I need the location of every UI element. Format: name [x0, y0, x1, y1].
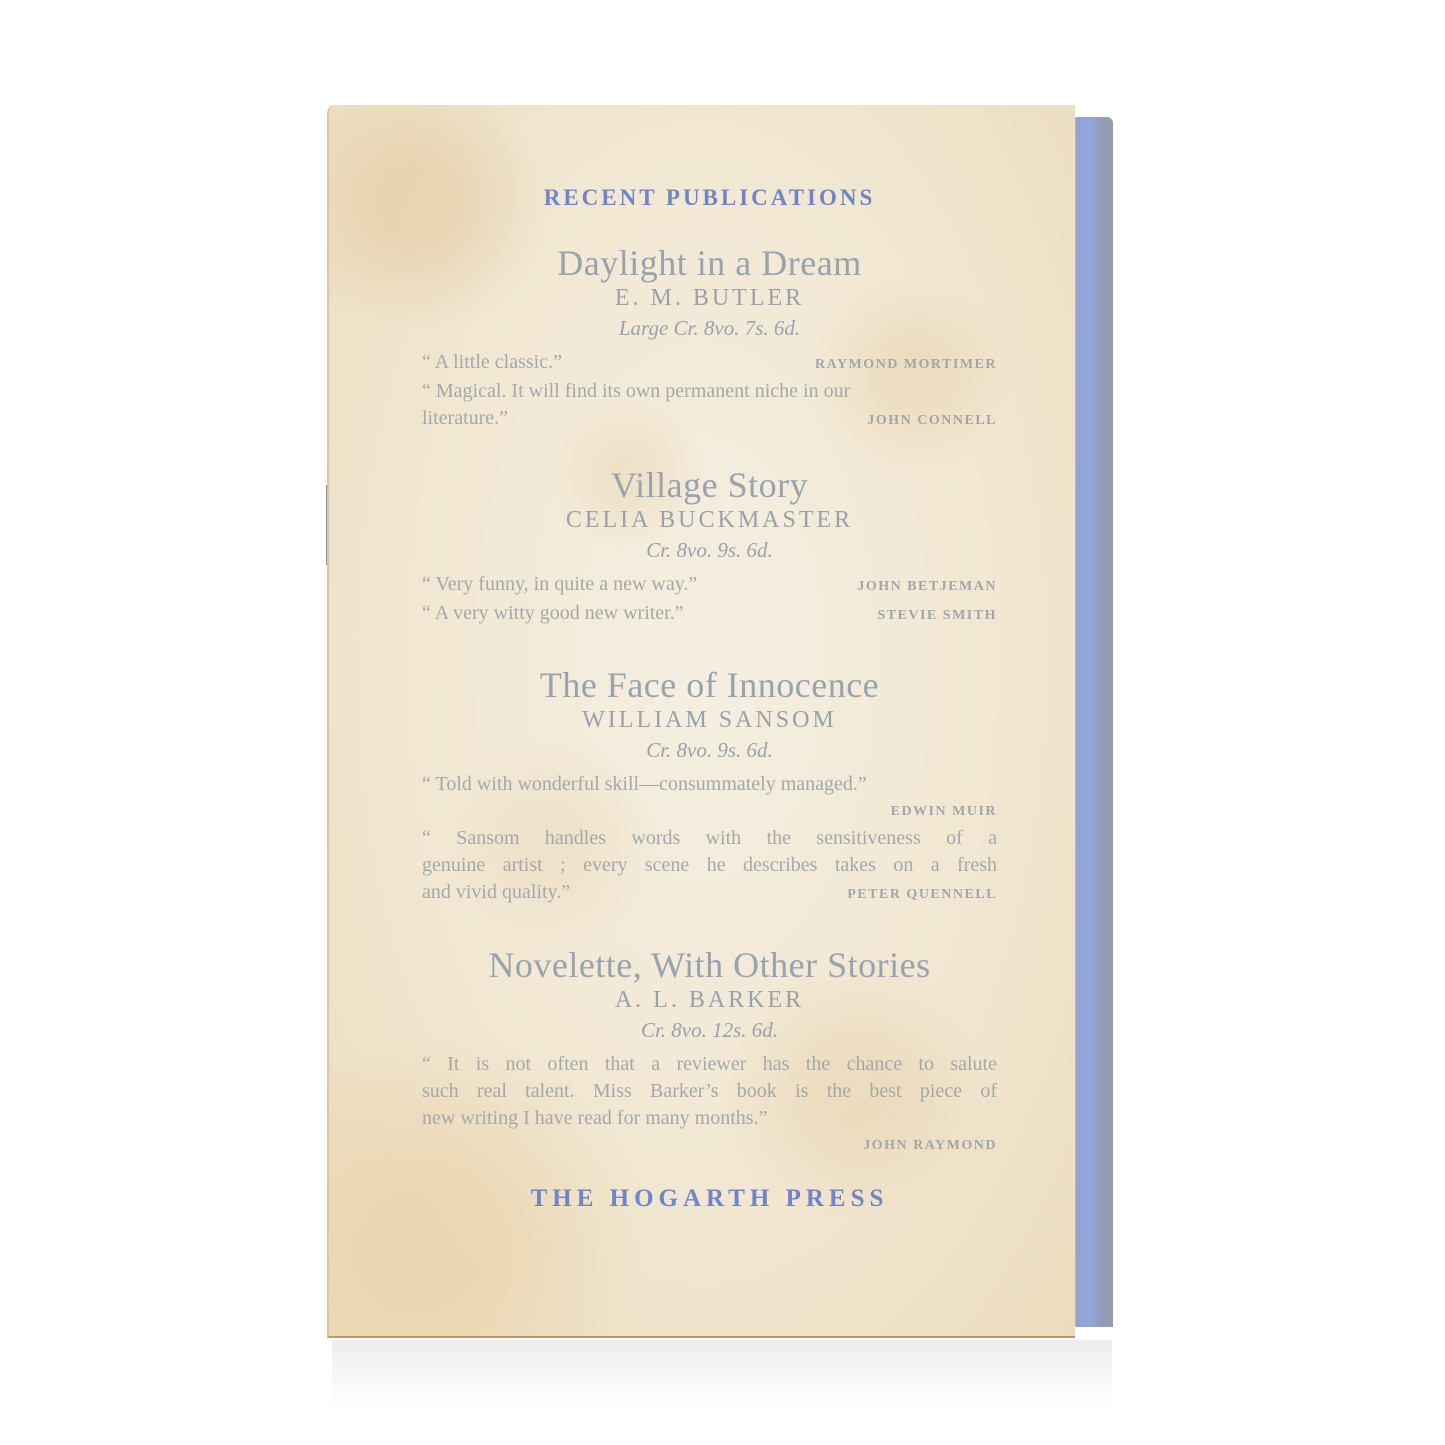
- review-quote: “ A little classic.”: [422, 349, 562, 376]
- book-author: E. M. BUTLER: [422, 283, 997, 313]
- review: “ Very funny, in quite a new way.” JOHN …: [422, 571, 997, 600]
- publisher-imprint: THE HOGARTH PRESS: [422, 1185, 997, 1213]
- header-recent-publications: RECENT PUBLICATIONS: [422, 185, 997, 211]
- review-quote: “ Sansom handles words with the sensitiv…: [422, 825, 997, 852]
- reviewer-name: EDWIN MUIR: [422, 798, 997, 825]
- review-quote-continued: literature.”: [422, 405, 508, 432]
- book-entry: Novelette, With Other Stories A. L. BARK…: [422, 945, 997, 1159]
- book-author: A. L. BARKER: [422, 985, 997, 1015]
- review-quote: “ A very witty good new writer.”: [422, 600, 684, 627]
- review: “ A very witty good new writer.” STEVIE …: [422, 600, 997, 629]
- book-format-price: Cr. 8vo. 9s. 6d.: [422, 735, 997, 765]
- book-format-price: Large Cr. 8vo. 7s. 6d.: [422, 313, 997, 343]
- review-quote: “ It is not often that a reviewer has th…: [422, 1051, 997, 1078]
- reviewer-name: STEVIE SMITH: [877, 602, 997, 629]
- review: and vivid quality.” PETER QUENNELL: [422, 879, 997, 908]
- photo-stage: RECENT PUBLICATIONS Daylight in a Dream …: [0, 0, 1445, 1445]
- book-author: CELIA BUCKMASTER: [422, 505, 997, 535]
- review-quote: “ Told with wonderful skill—consummately…: [422, 771, 997, 798]
- book-title: The Face of Innocence: [422, 665, 997, 705]
- reviewer-name: JOHN BETJEMAN: [857, 573, 997, 600]
- review-quote-continued: and vivid quality.”: [422, 879, 570, 906]
- book-entry: Village Story CELIA BUCKMASTER Cr. 8vo. …: [422, 465, 997, 629]
- review: “ A little classic.” RAYMOND MORTIMER: [422, 349, 997, 378]
- spine-edge: [1075, 117, 1113, 1327]
- reviewer-name: JOHN CONNELL: [867, 407, 997, 434]
- review-quote: “ Very funny, in quite a new way.”: [422, 571, 697, 598]
- floor-reflection: [332, 1340, 1112, 1410]
- reviewer-name: JOHN RAYMOND: [422, 1132, 997, 1159]
- review-quote-continued: new writing I have read for many months.…: [422, 1105, 997, 1132]
- book-author: WILLIAM SANSOM: [422, 705, 997, 735]
- review-quote-continued: genuine artist ; every scene he describe…: [422, 852, 997, 879]
- book-title: Daylight in a Dream: [422, 243, 997, 283]
- book-title: Village Story: [422, 465, 997, 505]
- reviewer-name: RAYMOND MORTIMER: [815, 351, 997, 378]
- book-format-price: Cr. 8vo. 12s. 6d.: [422, 1015, 997, 1045]
- book-format-price: Cr. 8vo. 9s. 6d.: [422, 535, 997, 565]
- book-entry: Daylight in a Dream E. M. BUTLER Large C…: [422, 243, 997, 434]
- review-quote-continued: such real talent. Miss Barker’s book is …: [422, 1078, 997, 1105]
- review: literature.” JOHN CONNELL: [422, 405, 997, 434]
- book-entry: The Face of Innocence WILLIAM SANSOM Cr.…: [422, 665, 997, 908]
- book-back-cover: RECENT PUBLICATIONS Daylight in a Dream …: [327, 103, 1113, 1340]
- review-quote: “ Magical. It will find its own permanen…: [422, 378, 997, 405]
- reviewer-name: PETER QUENNELL: [847, 881, 997, 908]
- book-title: Novelette, With Other Stories: [422, 945, 997, 985]
